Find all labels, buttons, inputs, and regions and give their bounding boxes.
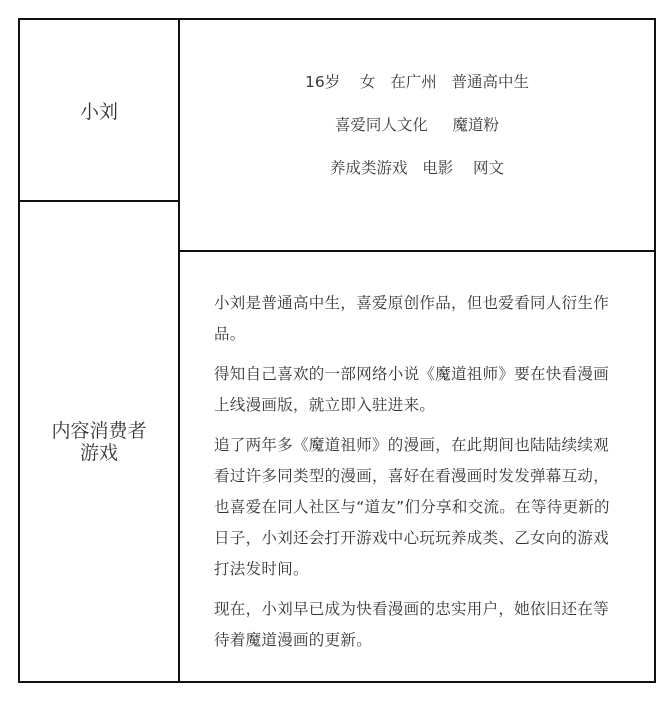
tag-line-basic-info: 16岁 女 在广州 普通高中生 bbox=[305, 61, 529, 104]
tag-line-hobbies: 养成类游戏 电影 网文 bbox=[330, 147, 504, 190]
persona-table: 小刘 内容消费者 游戏 16岁 女 在广州 普通高中生 喜爱同人文化 魔道粉 养… bbox=[18, 18, 656, 683]
persona-type-line-2: 游戏 bbox=[51, 442, 146, 464]
persona-name: 小刘 bbox=[80, 97, 118, 124]
description-paragraph: 追了两年多《魔道祖师》的漫画，在此期间也陆陆续续观看过许多同类型的漫画，喜好在看… bbox=[214, 430, 616, 585]
tag-line-interests: 喜爱同人文化 魔道粉 bbox=[335, 104, 499, 147]
description-paragraph: 小刘是普通高中生，喜爱原创作品，但也爱看同人衍生作品。 bbox=[214, 288, 616, 350]
persona-description-cell: 小刘是普通高中生，喜爱原创作品，但也爱看同人衍生作品。 得知自己喜欢的一部网络小… bbox=[180, 252, 654, 681]
persona-type-cell: 内容消费者 游戏 bbox=[20, 202, 178, 681]
persona-tags-cell: 16岁 女 在广州 普通高中生 喜爱同人文化 魔道粉 养成类游戏 电影 网文 bbox=[180, 20, 654, 250]
persona-name-cell: 小刘 bbox=[20, 20, 178, 200]
description-paragraph: 得知自己喜欢的一部网络小说《魔道祖师》要在快看漫画上线漫画版，就立即入驻进来。 bbox=[214, 359, 616, 421]
persona-type-line-1: 内容消费者 bbox=[51, 420, 146, 442]
description-paragraph: 现在，小刘早已成为快看漫画的忠实用户，她依旧还在等待着魔道漫画的更新。 bbox=[214, 594, 616, 656]
persona-type: 内容消费者 游戏 bbox=[51, 420, 146, 464]
